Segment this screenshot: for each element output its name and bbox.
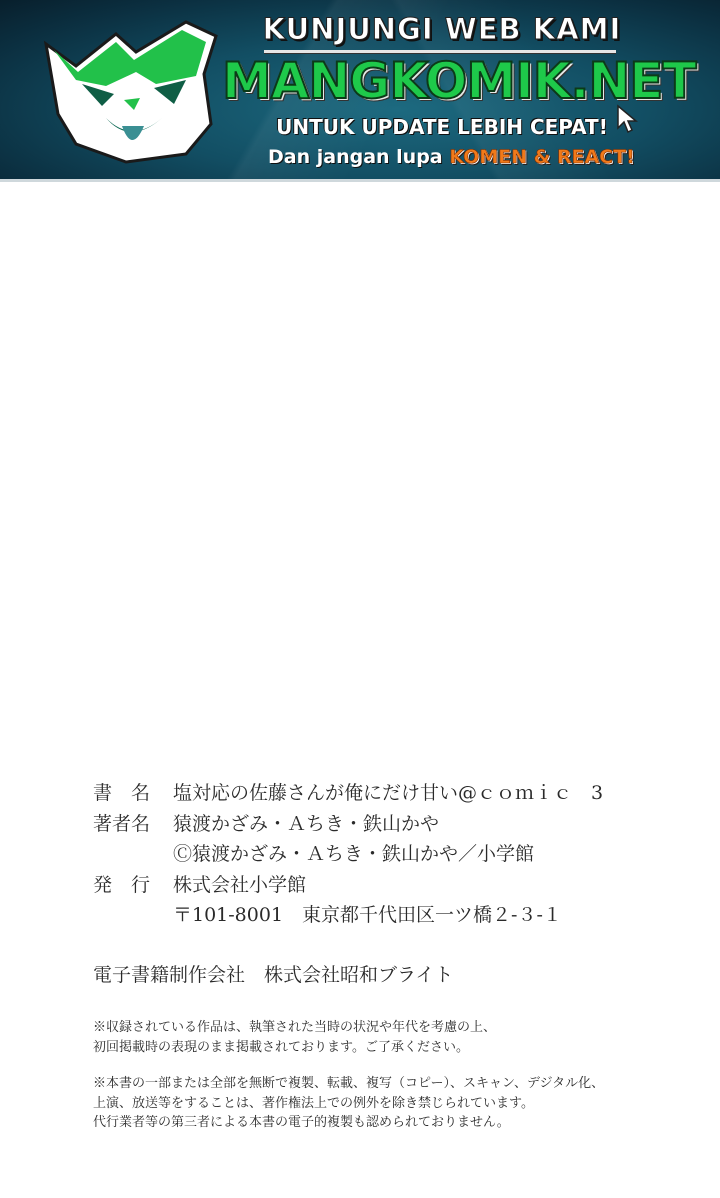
promo-banner[interactable]: KUNJUNGI WEB KAMI MANGKOMIK.NET UNTUK UP…: [0, 0, 720, 182]
note-line: 上演、放送等をすることは、著作権法上での例外を除き禁じられています。: [93, 1096, 534, 1111]
banner-subtitle: UNTUK UPDATE LEBIH CEPAT!: [262, 115, 622, 139]
value-authors: 猿渡かざみ・Ａちき・鉄山かや: [173, 809, 439, 840]
note-line: 代行業者等の第三者による本書の電子的複製も認められておりません。: [93, 1115, 510, 1130]
label-empty: [93, 900, 173, 931]
label-title: 書 名: [93, 778, 173, 809]
colophon-row-copyright: Ⓒ猿渡かざみ・Ａちき・鉄山かや／小学館: [93, 839, 603, 870]
banner-divider: [0, 179, 720, 182]
site-name-link[interactable]: MANGKOMIK.NET: [222, 52, 662, 110]
label-publisher: 発 行: [93, 870, 173, 901]
cat-mascot-icon: [36, 14, 228, 164]
colophon-row-title: 書 名 塩対応の佐藤さんが俺にだけ甘い@ｃｏｍｉｃ 3: [93, 778, 603, 809]
value-address: 〒101‐8001 東京都千代田区一ツ橋２‐３‐１: [173, 900, 562, 931]
cta-prefix: Dan jangan lupa: [268, 146, 449, 168]
label-empty: [93, 839, 173, 870]
banner-headline: KUNJUNGI WEB KAMI: [262, 12, 622, 46]
banner-cta: Dan jangan lupa KOMEN & REACT!: [268, 146, 628, 168]
colophon-block: 書 名 塩対応の佐藤さんが俺にだけ甘い@ｃｏｍｉｃ 3 著者名 猿渡かざみ・Ａち…: [93, 778, 603, 931]
label-authors: 著者名: [93, 809, 173, 840]
colophon-row-publisher: 発 行 株式会社小学館: [93, 870, 603, 901]
ebook-production-credit: 電子書籍制作会社 株式会社昭和ブライト: [93, 960, 453, 987]
colophon-row-authors: 著者名 猿渡かざみ・Ａちき・鉄山かや: [93, 809, 603, 840]
legal-notes: ※収録されている作品は、執筆された当時の状況や年代を考慮の上、 初回掲載時の表現…: [93, 1018, 604, 1150]
note-line: 初回掲載時の表現のまま掲載されております。ご了承ください。: [93, 1040, 469, 1055]
note-line: ※収録されている作品は、執筆された当時の状況や年代を考慮の上、: [93, 1020, 496, 1035]
note-content-disclaimer: ※収録されている作品は、執筆された当時の状況や年代を考慮の上、 初回掲載時の表現…: [93, 1018, 604, 1057]
value-copyright: Ⓒ猿渡かざみ・Ａちき・鉄山かや／小学館: [173, 839, 534, 870]
value-title: 塩対応の佐藤さんが俺にだけ甘い@ｃｏｍｉｃ 3: [173, 778, 603, 809]
note-line: ※本書の一部または全部を無断で複製、転載、複写（コピー）、スキャン、デジタル化、: [93, 1076, 604, 1091]
cta-highlight: KOMEN & REACT!: [449, 146, 635, 168]
value-publisher: 株式会社小学館: [173, 870, 306, 901]
note-copyright-warning: ※本書の一部または全部を無断で複製、転載、複写（コピー）、スキャン、デジタル化、…: [93, 1074, 604, 1133]
colophon-row-address: 〒101‐8001 東京都千代田区一ツ橋２‐３‐１: [93, 900, 603, 931]
